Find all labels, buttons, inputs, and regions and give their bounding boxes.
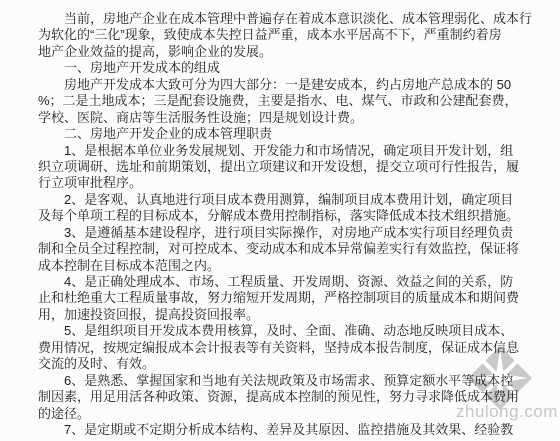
text-line: 6、是熟悉、掌握国家和当地有关法规政策及市场需求、预算定额水平等成本控 bbox=[38, 373, 532, 389]
text-line: 2、是客观、认真地进行项目成本费用测算，编制项目成本费用计划，确定项目 bbox=[38, 192, 532, 208]
text-line: 的途径。 bbox=[38, 406, 532, 422]
text-line: 4、是正确处理成本、市场、工程质量、开发周期、资源、效益之间的关系，防 bbox=[38, 274, 532, 290]
text-line: 为软化的“三化”现象，致使成本失控日益严重，成本水平居高不下，严重制约着房 bbox=[38, 27, 532, 43]
text-line: 学校、医院、商店等生活服务性设施；四是规划设计费。 bbox=[38, 110, 532, 126]
text-line: 1、是根据本单位业务发展规划、开发能力和市场情况，确定项目开发计划，组 bbox=[38, 143, 532, 159]
text-line: 3、是遵循基本建设程序，进行项目实际操作，对房地产成本实行项目经理负责 bbox=[38, 225, 532, 241]
text-line: 用，加速投资回报，提高投资回报率。 bbox=[38, 307, 532, 323]
text-line: 当前，房地产企业在成本管理中普遍存在着成本意识淡化、成本管理弱化、成本行 bbox=[38, 11, 532, 27]
document-body: 当前，房地产企业在成本管理中普遍存在着成本意识淡化、成本管理弱化、成本行为软化的… bbox=[38, 11, 532, 438]
text-line: %；二是土地成本；三是配套设施费，主要是指水、电、煤气、市政和公建配套费， bbox=[38, 93, 532, 109]
text-line: 制因素，用足用活各种政策、资源，提高成本控制的预见性，努力寻求降低成本费用 bbox=[38, 389, 532, 405]
text-line: 制和全员全过程控制，对可控成本、变动成本和成本异常偏差实行有效监控，保证将 bbox=[38, 241, 532, 257]
text-line: 房地产开发成本大致可分为四大部分：一是建安成本，约占房地产总成本的 50 bbox=[38, 77, 532, 93]
text-line: 交流的及时、有效。 bbox=[38, 356, 532, 372]
text-line: 止和杜绝重大工程质量事故，努力缩短开发周期，严格控制项目的质量成本和期间费 bbox=[38, 290, 532, 306]
text-line: 及每个单项工程的目标成本，分解成本费用控制指标，落实降低成本技术组织措施。 bbox=[38, 208, 532, 224]
text-line: 费用情况，按规定编报成本会计报表等有关资料，坚持成本报告制度，保证成本信息 bbox=[38, 340, 532, 356]
text-line: 7、是定期或不定期分析成本结构、差异及其原因、监控措施及其效果、经验教 bbox=[38, 422, 532, 438]
document-page: zhulong.com 当前，房地产企业在成本管理中普遍存在着成本意识淡化、成本… bbox=[0, 0, 560, 441]
text-line: 一、房地产开发成本的组成 bbox=[38, 60, 532, 76]
text-line: 行立项审批程序。 bbox=[38, 175, 532, 191]
text-line: 5、是组织项目开发成本费用核算，及时、全面、准确、动态地反映项目成本、 bbox=[38, 323, 532, 339]
text-line: 织立项调研、选址和前期策划，提出立项建议和开发设想，提交立项可行性报告，履 bbox=[38, 159, 532, 175]
text-line: 二、房地产开发企业的成本管理职责 bbox=[38, 126, 532, 142]
text-line: 地产企业效益的提高，影响企业的发展。 bbox=[38, 44, 532, 60]
text-line: 成本控制在目标成本范围之内。 bbox=[38, 258, 532, 274]
